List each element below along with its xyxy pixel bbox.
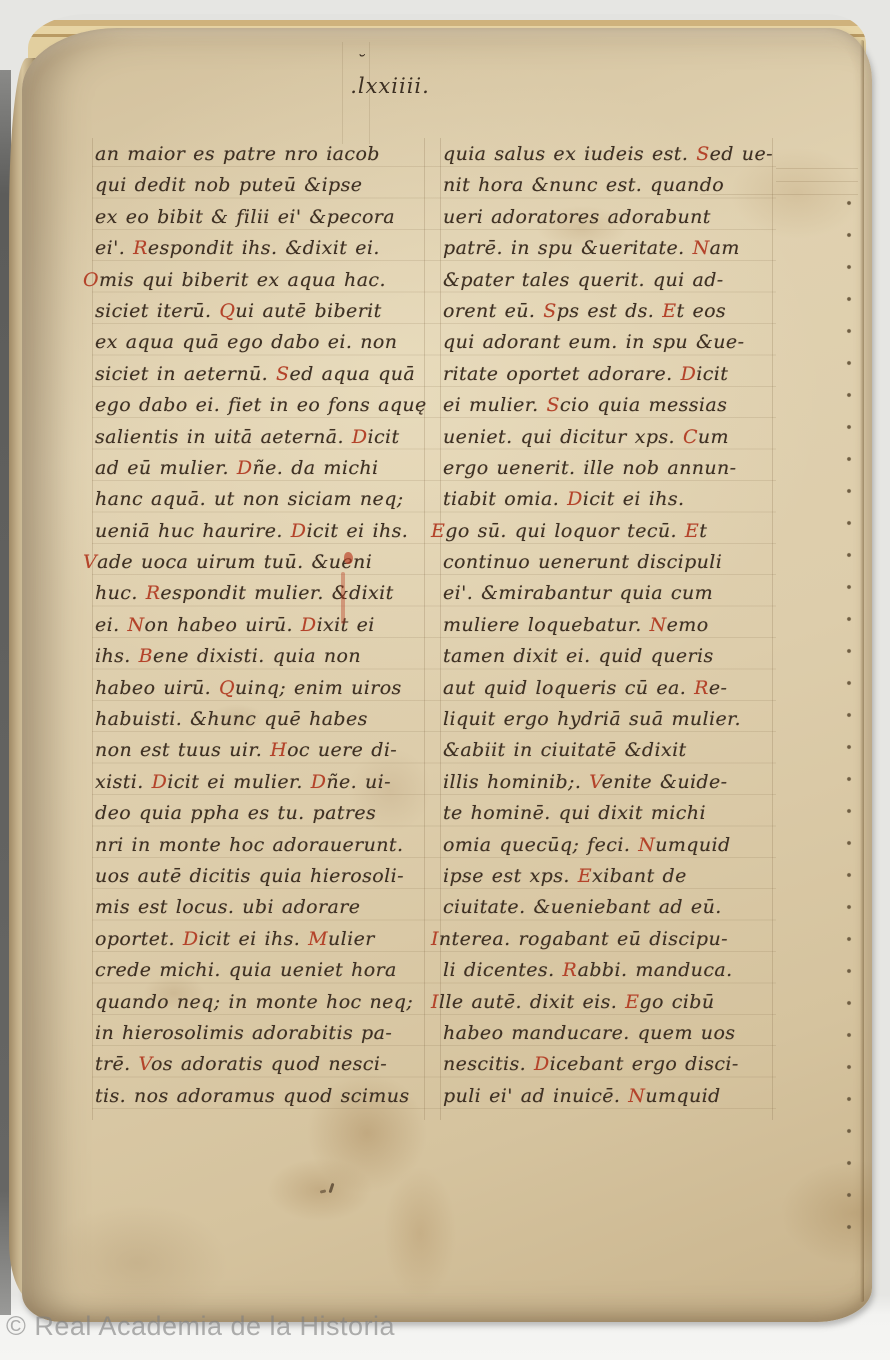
- text-line: quia salus ex iudeis est. Sed ue-: [443, 139, 777, 170]
- line-text: go sū. qui loquor tecū.: [445, 520, 685, 542]
- line-text: li dicentes.: [443, 959, 562, 981]
- line-text: ade uoca uirum tuū. &ueni: [97, 551, 372, 573]
- rubric-letter: E: [578, 865, 592, 887]
- text-line: non est tuus uir. Hoc uere di-: [95, 735, 429, 766]
- line-text: &abiit in ciuitatē &dixit: [443, 739, 687, 761]
- folio-flourish: ˘: [356, 52, 365, 73]
- line-text: muliere loquebatur.: [443, 614, 650, 636]
- rubric-letter: Q: [219, 300, 235, 322]
- rubric-letter: M: [308, 928, 328, 950]
- rubric-letter: R: [562, 959, 577, 981]
- text-column-right: quia salus ex iudeis est. Sed ue-nit hor…: [443, 139, 777, 1112]
- line-text: icit ei ihs.: [198, 928, 308, 950]
- text-line: ueniā huc haurire. Dicit ei ihs.: [95, 516, 429, 547]
- text-line: tis. nos adoramus quod scimus: [95, 1081, 429, 1112]
- line-text: continuo uenerunt discipuli: [443, 551, 722, 573]
- text-line: mis est locus. ubi adorare: [95, 892, 429, 923]
- rubric-letter: D: [291, 520, 307, 542]
- line-text: deo quia ppha es tu. patres: [95, 802, 376, 824]
- line-text: ps est ds.: [557, 300, 663, 322]
- line-text: an maior es patre nro iacob: [95, 143, 380, 165]
- line-text: espondit ihs. &dixit ei.: [148, 237, 380, 259]
- line-text: qui adorant eum. in spu &ue-: [443, 331, 744, 353]
- text-line: in hierosolimis adorabitis pa-: [95, 1018, 429, 1049]
- line-text: siciet iterū.: [95, 300, 219, 322]
- line-text: ene dixisti. quia non: [153, 645, 361, 667]
- line-text: oc uere di-: [287, 739, 397, 761]
- text-line: ex eo bibit & filii ei' &pecora: [95, 202, 429, 233]
- text-line: Ego sū. qui loquor tecū. Et: [443, 516, 777, 547]
- rubric-letter: N: [693, 237, 710, 259]
- text-line: siciet iterū. Qui autē biberit: [95, 296, 429, 327]
- line-text: aut quid loqueris cū ea.: [443, 677, 694, 699]
- line-text: crede michi. quia ueniet hora: [95, 959, 397, 981]
- text-column-left: an maior es patre nro iacobqui dedit nob…: [95, 139, 429, 1112]
- line-text: mis est locus. ubi adorare: [95, 896, 360, 918]
- line-text: ed aqua quā: [289, 363, 415, 385]
- line-text: espondit mulier. &dixit: [160, 582, 393, 604]
- line-text: icit ei mulier.: [167, 771, 310, 793]
- line-text: ciuitate. &ueniebant ad eū.: [443, 896, 722, 918]
- text-line: nit hora &nunc est. quando: [443, 170, 777, 201]
- line-text: ueniet. qui dicitur xps.: [443, 426, 683, 448]
- line-text: icit ei ihs.: [306, 520, 408, 542]
- text-line: patrē. in spu &ueritate. Nam: [443, 233, 777, 264]
- line-text: patrē. in spu &ueritate.: [443, 237, 693, 259]
- rubric-letter: S: [543, 300, 556, 322]
- text-line: puli ei' ad inuicē. Numquid: [443, 1081, 777, 1112]
- line-text: ñe. da michi: [253, 457, 379, 479]
- line-text: lle autē. dixit eis.: [439, 991, 625, 1013]
- line-text: ed ue-: [710, 143, 773, 165]
- line-text: hanc aquā. ut non siciam neq;: [95, 488, 404, 510]
- rubric-smudge: [344, 552, 353, 564]
- text-line: oportet. Dicit ei ihs. Mulier: [95, 924, 429, 955]
- line-text: icit ei ihs.: [583, 488, 685, 510]
- rubric-letter: Q: [219, 677, 235, 699]
- line-text: omia quecūq; feci.: [443, 834, 638, 856]
- text-line: &pater tales querit. qui ad-: [443, 265, 777, 296]
- text-line: an maior es patre nro iacob: [95, 139, 429, 170]
- line-text: uos autē dicitis quia hierosoli-: [95, 865, 404, 887]
- line-text: ei'.: [95, 237, 133, 259]
- line-text: cio quia messias: [560, 394, 727, 416]
- text-line: ipse est xps. Exibant de: [443, 861, 777, 892]
- line-text: tamen dixit ei. quid queris: [443, 645, 714, 667]
- text-line: ad eū mulier. Dñe. da michi: [95, 453, 429, 484]
- line-text: abbi. manduca.: [578, 959, 733, 981]
- text-line: habeo manducare. quem uos: [443, 1018, 777, 1049]
- line-text: ergo uenerit. ille nob annun-: [443, 457, 737, 479]
- rubric-letter: V: [83, 547, 97, 578]
- text-line: salientis in uitā aeternā. Dicit: [95, 422, 429, 453]
- text-line: habeo uirū. Quinq; enim uiros: [95, 673, 429, 704]
- line-text: &pater tales querit. qui ad-: [443, 269, 724, 291]
- line-text: emo: [667, 614, 709, 636]
- line-text: quia salus ex iudeis est.: [443, 143, 696, 165]
- rubric-letter: I: [431, 924, 439, 955]
- line-text: qui dedit nob puteū &ipse: [95, 174, 362, 196]
- rubric-letter: D: [352, 426, 368, 448]
- line-text: nri in monte hoc adorauerunt.: [95, 834, 403, 856]
- line-text: xisti.: [95, 771, 152, 793]
- text-line: ex aqua quā ego dabo ei. non: [95, 327, 429, 358]
- text-line: deo quia ppha es tu. patres: [95, 798, 429, 829]
- rubric-letter: S: [696, 143, 709, 165]
- rubric-streak: [341, 572, 345, 624]
- text-line: Vade uoca uirum tuū. &ueni: [95, 547, 429, 578]
- rubric-letter: N: [128, 614, 145, 636]
- line-text: ipse est xps.: [443, 865, 578, 887]
- line-text: illis hominib;.: [443, 771, 589, 793]
- line-text: xibant de: [592, 865, 687, 887]
- line-text: non est tuus uir.: [95, 739, 270, 761]
- line-text: trē.: [95, 1053, 139, 1075]
- text-line: liquit ergo hydriā suā mulier.: [443, 704, 777, 735]
- text-line: uos autē dicitis quia hierosoli-: [95, 861, 429, 892]
- line-text: orent eū.: [443, 300, 543, 322]
- watermark-text: © Real Academia de la Historia: [6, 1311, 395, 1342]
- line-text: t: [699, 520, 707, 542]
- rubric-letter: R: [133, 237, 148, 259]
- line-text: ñe. ui-: [326, 771, 391, 793]
- text-line: crede michi. quia ueniet hora: [95, 955, 429, 986]
- line-text: mis qui biberit ex aqua hac.: [99, 269, 386, 291]
- text-line: Ille autē. dixit eis. Ego cibū: [443, 987, 777, 1018]
- rubric-letter: S: [276, 363, 289, 385]
- line-text: huc.: [95, 582, 146, 604]
- text-line: huc. Respondit mulier. &dixit: [95, 578, 429, 609]
- line-text: ad eū mulier.: [95, 457, 237, 479]
- page-right-edge: [860, 40, 864, 1302]
- line-text: ego dabo ei. fiet in eo fons aquę: [95, 394, 427, 416]
- text-line: Interea. rogabant eū discipu-: [443, 924, 777, 955]
- line-text: liquit ergo hydriā suā mulier.: [443, 708, 741, 730]
- text-line: qui adorant eum. in spu &ue-: [443, 327, 777, 358]
- rubric-letter: E: [625, 991, 639, 1013]
- text-line: nescitis. Dicebant ergo disci-: [443, 1049, 777, 1080]
- line-text: ueniā huc haurire.: [95, 520, 291, 542]
- rubric-letter: N: [628, 1085, 645, 1107]
- text-line: ueri adoratores adorabunt: [443, 202, 777, 233]
- line-text: nit hora &nunc est. quando: [443, 174, 724, 196]
- rubric-letter: D: [301, 614, 317, 636]
- line-text: icebant ergo disci-: [550, 1053, 739, 1075]
- line-text: puli ei' ad inuicē.: [443, 1085, 628, 1107]
- line-text: ei.: [95, 614, 128, 636]
- rubric-letter: D: [534, 1053, 550, 1075]
- text-line: &abiit in ciuitatē &dixit: [443, 735, 777, 766]
- text-line: tamen dixit ei. quid queris: [443, 641, 777, 672]
- text-line: ciuitate. &ueniebant ad eū.: [443, 892, 777, 923]
- line-text: nterea. rogabant eū discipu-: [439, 928, 728, 950]
- rubric-letter: O: [83, 265, 99, 296]
- line-text: go cibū: [639, 991, 714, 1013]
- line-text: icit: [368, 426, 400, 448]
- rubric-letter: N: [650, 614, 667, 636]
- text-line: li dicentes. Rabbi. manduca.: [443, 955, 777, 986]
- line-text: e-: [709, 677, 727, 699]
- rubric-letter: H: [270, 739, 287, 761]
- rubric-letter: B: [139, 645, 153, 667]
- line-text: ixit ei: [317, 614, 375, 636]
- text-line: Omis qui biberit ex aqua hac.: [95, 265, 429, 296]
- text-line: ei. Non habeo uirū. Dixit ei: [95, 610, 429, 641]
- text-line: siciet in aeternū. Sed aqua quā: [95, 359, 429, 390]
- rubric-letter: V: [589, 771, 601, 793]
- manuscript-photo: ˘ .lxxiiii. an maior es patre nro iacobq…: [0, 0, 890, 1360]
- line-text: ei'. &mirabantur quia cum: [443, 582, 713, 604]
- text-line: ego dabo ei. fiet in eo fons aquę: [95, 390, 429, 421]
- line-text: umquid: [655, 834, 730, 856]
- line-text: habuisti. &hunc quē habes: [95, 708, 368, 730]
- folio-number: .lxxiiii.: [300, 74, 480, 98]
- line-text: ex eo bibit & filii ei' &pecora: [95, 206, 395, 228]
- rubric-letter: E: [685, 520, 699, 542]
- text-line: ei'. Respondit ihs. &dixit ei.: [95, 233, 429, 264]
- text-line: qui dedit nob puteū &ipse: [95, 170, 429, 201]
- line-text: icit: [696, 363, 728, 385]
- line-text: nescitis.: [443, 1053, 534, 1075]
- line-text: habeo manducare. quem uos: [443, 1022, 735, 1044]
- line-text: t eos: [676, 300, 726, 322]
- line-text: ui autē biberit: [235, 300, 381, 322]
- line-text: te hominē. qui dixit michi: [443, 802, 706, 824]
- line-text: os adoratis quod nesci-: [151, 1053, 387, 1075]
- line-text: ulier: [328, 928, 375, 950]
- text-line: quando neq; in monte hoc neq;: [95, 987, 429, 1018]
- text-line: omia quecūq; feci. Numquid: [443, 830, 777, 861]
- line-text: ihs.: [95, 645, 139, 667]
- rubric-letter: D: [681, 363, 697, 385]
- rubric-letter: V: [139, 1053, 151, 1075]
- line-text: am: [710, 237, 740, 259]
- text-line: te hominē. qui dixit michi: [443, 798, 777, 829]
- rubric-letter: R: [694, 677, 709, 699]
- text-line: xisti. Dicit ei mulier. Dñe. ui-: [95, 767, 429, 798]
- text-line: ei'. &mirabantur quia cum: [443, 578, 777, 609]
- text-line: trē. Vos adoratis quod nesci-: [95, 1049, 429, 1080]
- text-line: ritate oportet adorare. Dicit: [443, 359, 777, 390]
- rubric-letter: D: [567, 488, 583, 510]
- text-line: illis hominib;. Venite &uide-: [443, 767, 777, 798]
- text-line: continuo uenerunt discipuli: [443, 547, 777, 578]
- line-text: siciet in aeternū.: [95, 363, 276, 385]
- line-text: ritate oportet adorare.: [443, 363, 681, 385]
- line-text: ei mulier.: [443, 394, 547, 416]
- rubric-letter: I: [431, 987, 439, 1018]
- rubric-letter: E: [431, 516, 445, 547]
- text-line: hanc aquā. ut non siciam neq;: [95, 484, 429, 515]
- text-line: aut quid loqueris cū ea. Re-: [443, 673, 777, 704]
- line-text: oportet.: [95, 928, 183, 950]
- text-line: muliere loquebatur. Nemo: [443, 610, 777, 641]
- line-text: on habeo uirū.: [145, 614, 301, 636]
- line-text: quando neq; in monte hoc neq;: [95, 991, 413, 1013]
- rubric-letter: S: [547, 394, 560, 416]
- text-line: ueniet. qui dicitur xps. Cum: [443, 422, 777, 453]
- rubric-letter: D: [152, 771, 168, 793]
- rubric-letter: D: [183, 928, 199, 950]
- line-text: salientis in uitā aeternā.: [95, 426, 352, 448]
- line-text: umquid: [645, 1085, 720, 1107]
- rubric-letter: D: [237, 457, 253, 479]
- line-text: habeo uirū.: [95, 677, 219, 699]
- line-text: tis. nos adoramus quod scimus: [95, 1085, 410, 1107]
- rubric-letter: D: [311, 771, 327, 793]
- line-text: um: [698, 426, 729, 448]
- text-line: ihs. Bene dixisti. quia non: [95, 641, 429, 672]
- line-text: enite &uide-: [602, 771, 728, 793]
- line-text: ueri adoratores adorabunt: [443, 206, 711, 228]
- rubric-letter: E: [662, 300, 676, 322]
- line-text: uinq; enim uiros: [235, 677, 402, 699]
- line-text: tiabit omia.: [443, 488, 567, 510]
- rubric-letter: N: [638, 834, 655, 856]
- text-line: ei mulier. Scio quia messias: [443, 390, 777, 421]
- line-text: ex aqua quā ego dabo ei. non: [95, 331, 397, 353]
- line-text: in hierosolimis adorabitis pa-: [95, 1022, 392, 1044]
- text-line: nri in monte hoc adorauerunt.: [95, 830, 429, 861]
- text-line: orent eū. Sps est ds. Et eos: [443, 296, 777, 327]
- text-line: habuisti. &hunc quē habes: [95, 704, 429, 735]
- rubric-letter: C: [683, 426, 698, 448]
- text-line: tiabit omia. Dicit ei ihs.: [443, 484, 777, 515]
- rubric-letter: R: [146, 582, 161, 604]
- text-line: ergo uenerit. ille nob annun-: [443, 453, 777, 484]
